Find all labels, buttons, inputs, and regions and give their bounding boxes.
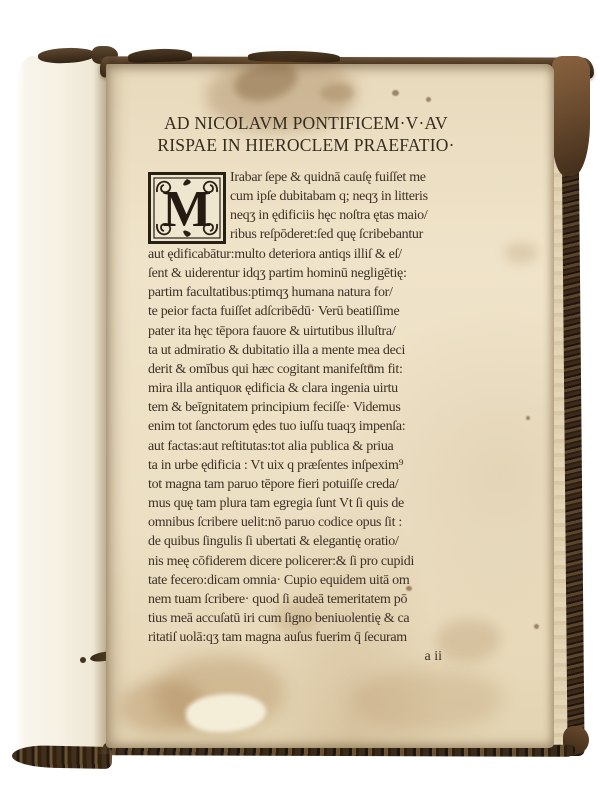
text-line: neqʒ in ędificiis hęc noſtra ętas maio/ <box>230 206 464 225</box>
fox-spot <box>392 90 399 96</box>
text-line: derit & omībus qui hæc cogitant manifeſt… <box>148 360 464 379</box>
woodcut-initial-m: M <box>148 172 226 244</box>
text-line: aut factas:aut reſtitutas:tot alia publi… <box>148 437 464 456</box>
stain <box>320 84 354 102</box>
text-line: ta ut admiratio & dubitatio illa a mente… <box>148 341 464 360</box>
initial-row: M Irabar ſepe & quidnā cauſę fuiſſet me … <box>148 168 464 245</box>
text-line: enim tot ſanctorum ędes tuo iuſſu tuaqʒ … <box>148 417 464 436</box>
text-line: tot magna tam paruo tēpore fieri potuiſſ… <box>148 475 464 494</box>
wormhole-dot <box>80 657 86 663</box>
text-line: tem & beīgnitatem principium feciſſe· Vi… <box>148 398 464 417</box>
stain <box>231 58 301 107</box>
stain <box>352 670 502 732</box>
text-line: ritatiſ uolā:qʒ tam magna auſus fuerim q… <box>148 628 464 647</box>
text-line: tate fecero:dicam omnia· Cupio equidem u… <box>148 571 464 590</box>
binding-bump <box>128 48 192 63</box>
text-block: AD NICOLAVM PONTIFICEM·V·AV RISPAE IN HI… <box>148 112 464 666</box>
fox-spot <box>426 97 431 102</box>
stain <box>154 656 284 734</box>
text-line: mira illa antiquoʀ ędificia & clara inge… <box>148 379 464 398</box>
text-line: pater ita hęc tēpora fauore & uirtutibus… <box>148 322 464 341</box>
text-line: ta in urbe ędificia : Vt uix q præſentes… <box>148 456 464 475</box>
binding-bump <box>248 50 340 63</box>
text-line: nem tuam ſcribere· quod ſi audeā temerit… <box>148 590 464 609</box>
heading-line: AD NICOLAVM PONTIFICEM·V·AV <box>148 112 464 134</box>
text-line: de quibus ſingulis ſi ubertati & elegant… <box>148 532 464 551</box>
text-line: ribus reſpōderet:ſed quę ſcribebantur <box>230 225 464 244</box>
text-line: ſent & uiderentur idqʒ partim hominū neg… <box>148 264 464 283</box>
text-line: Irabar ſepe & quidnā cauſę fuiſſet me <box>230 168 464 187</box>
text-line: nis meę cōfiderem dicere policerer:& ſi … <box>148 552 464 571</box>
stain <box>504 242 538 264</box>
svg-text:M: M <box>162 181 211 238</box>
printed-page: AD NICOLAVM PONTIFICEM·V·AV RISPAE IN HI… <box>106 64 554 748</box>
text-line: omnibus ſcribere uelit:nō paruo codice o… <box>148 513 464 532</box>
stain <box>120 680 204 734</box>
paper-repair-patch <box>184 690 268 736</box>
text-line: cum ipſe dubitabam q; neqʒ in litteris <box>230 187 464 206</box>
text-line: tius meā accuſatū iri cum ſigno beniuole… <box>148 609 464 628</box>
text-line: partim facultatibus:ptimqʒ humana natura… <box>148 283 464 302</box>
fox-spot <box>534 624 539 629</box>
cover-corner-top-right <box>552 56 590 176</box>
heading-line: RISPAE IN HIEROCLEM PRAEFATIO· <box>148 134 464 156</box>
fox-spot <box>526 416 530 420</box>
text-line: te peior facta fuiſſet adſcribēdū· Verū … <box>148 302 464 321</box>
wrapped-lines: Irabar ſepe & quidnā cauſę fuiſſet me cu… <box>230 168 464 245</box>
text-line: mus quę tam plura tam egregia ſunt Vt ſi… <box>148 494 464 513</box>
body-text: M Irabar ſepe & quidnā cauſę fuiſſet me … <box>148 168 464 666</box>
text-line: aut ędificabātur:multo deteriora antiqs … <box>148 245 464 264</box>
book-photograph: AD NICOLAVM PONTIFICEM·V·AV RISPAE IN HI… <box>0 0 600 800</box>
quire-signature: a ii <box>148 647 464 666</box>
